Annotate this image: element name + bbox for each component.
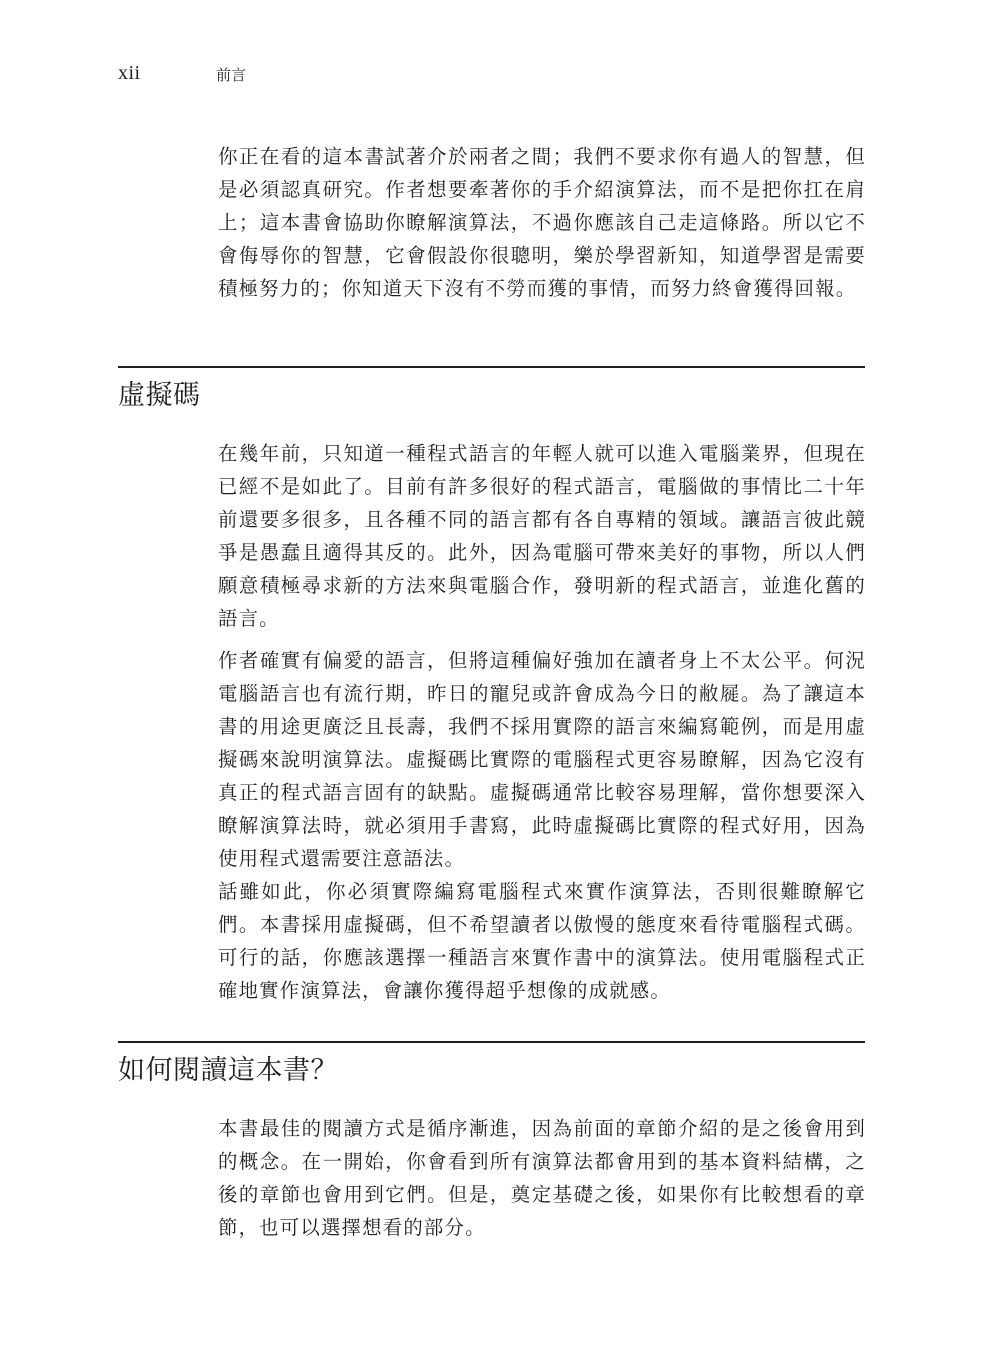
pseudocode-paragraph-3: 話雖如此，你必須實際編寫電腦程式來實作演算法，否則很難瞭解它們。本書採用虛擬碼，… [218, 875, 866, 1007]
how-to-read-paragraph: 本書最佳的閱讀方式是循序漸進，因為前面的章節介紹的是之後會用到的概念。在一開始，… [218, 1112, 866, 1244]
page-number: xii [118, 62, 141, 85]
section-divider [118, 1041, 865, 1043]
section-heading-how-to-read: 如何閱讀這本書？ [118, 1054, 338, 1088]
pseudocode-paragraph-1: 在幾年前，只知道一種程式語言的年輕人就可以進入電腦業界，但現在已經不是如此了。目… [218, 437, 866, 635]
running-header: xii 前言 [118, 62, 878, 86]
pseudocode-paragraph-2: 作者確實有偏愛的語言，但將這種偏好強加在讀者身上不太公平。何況電腦語言也有流行期… [218, 644, 866, 875]
section-heading-pseudocode: 虛擬碼 [118, 379, 201, 413]
intro-paragraph: 你正在看的這本書試著介於兩者之間；我們不要求你有過人的智慧，但是必須認真研究。作… [218, 140, 866, 305]
chapter-title: 前言 [216, 64, 246, 85]
section-divider [118, 366, 865, 368]
